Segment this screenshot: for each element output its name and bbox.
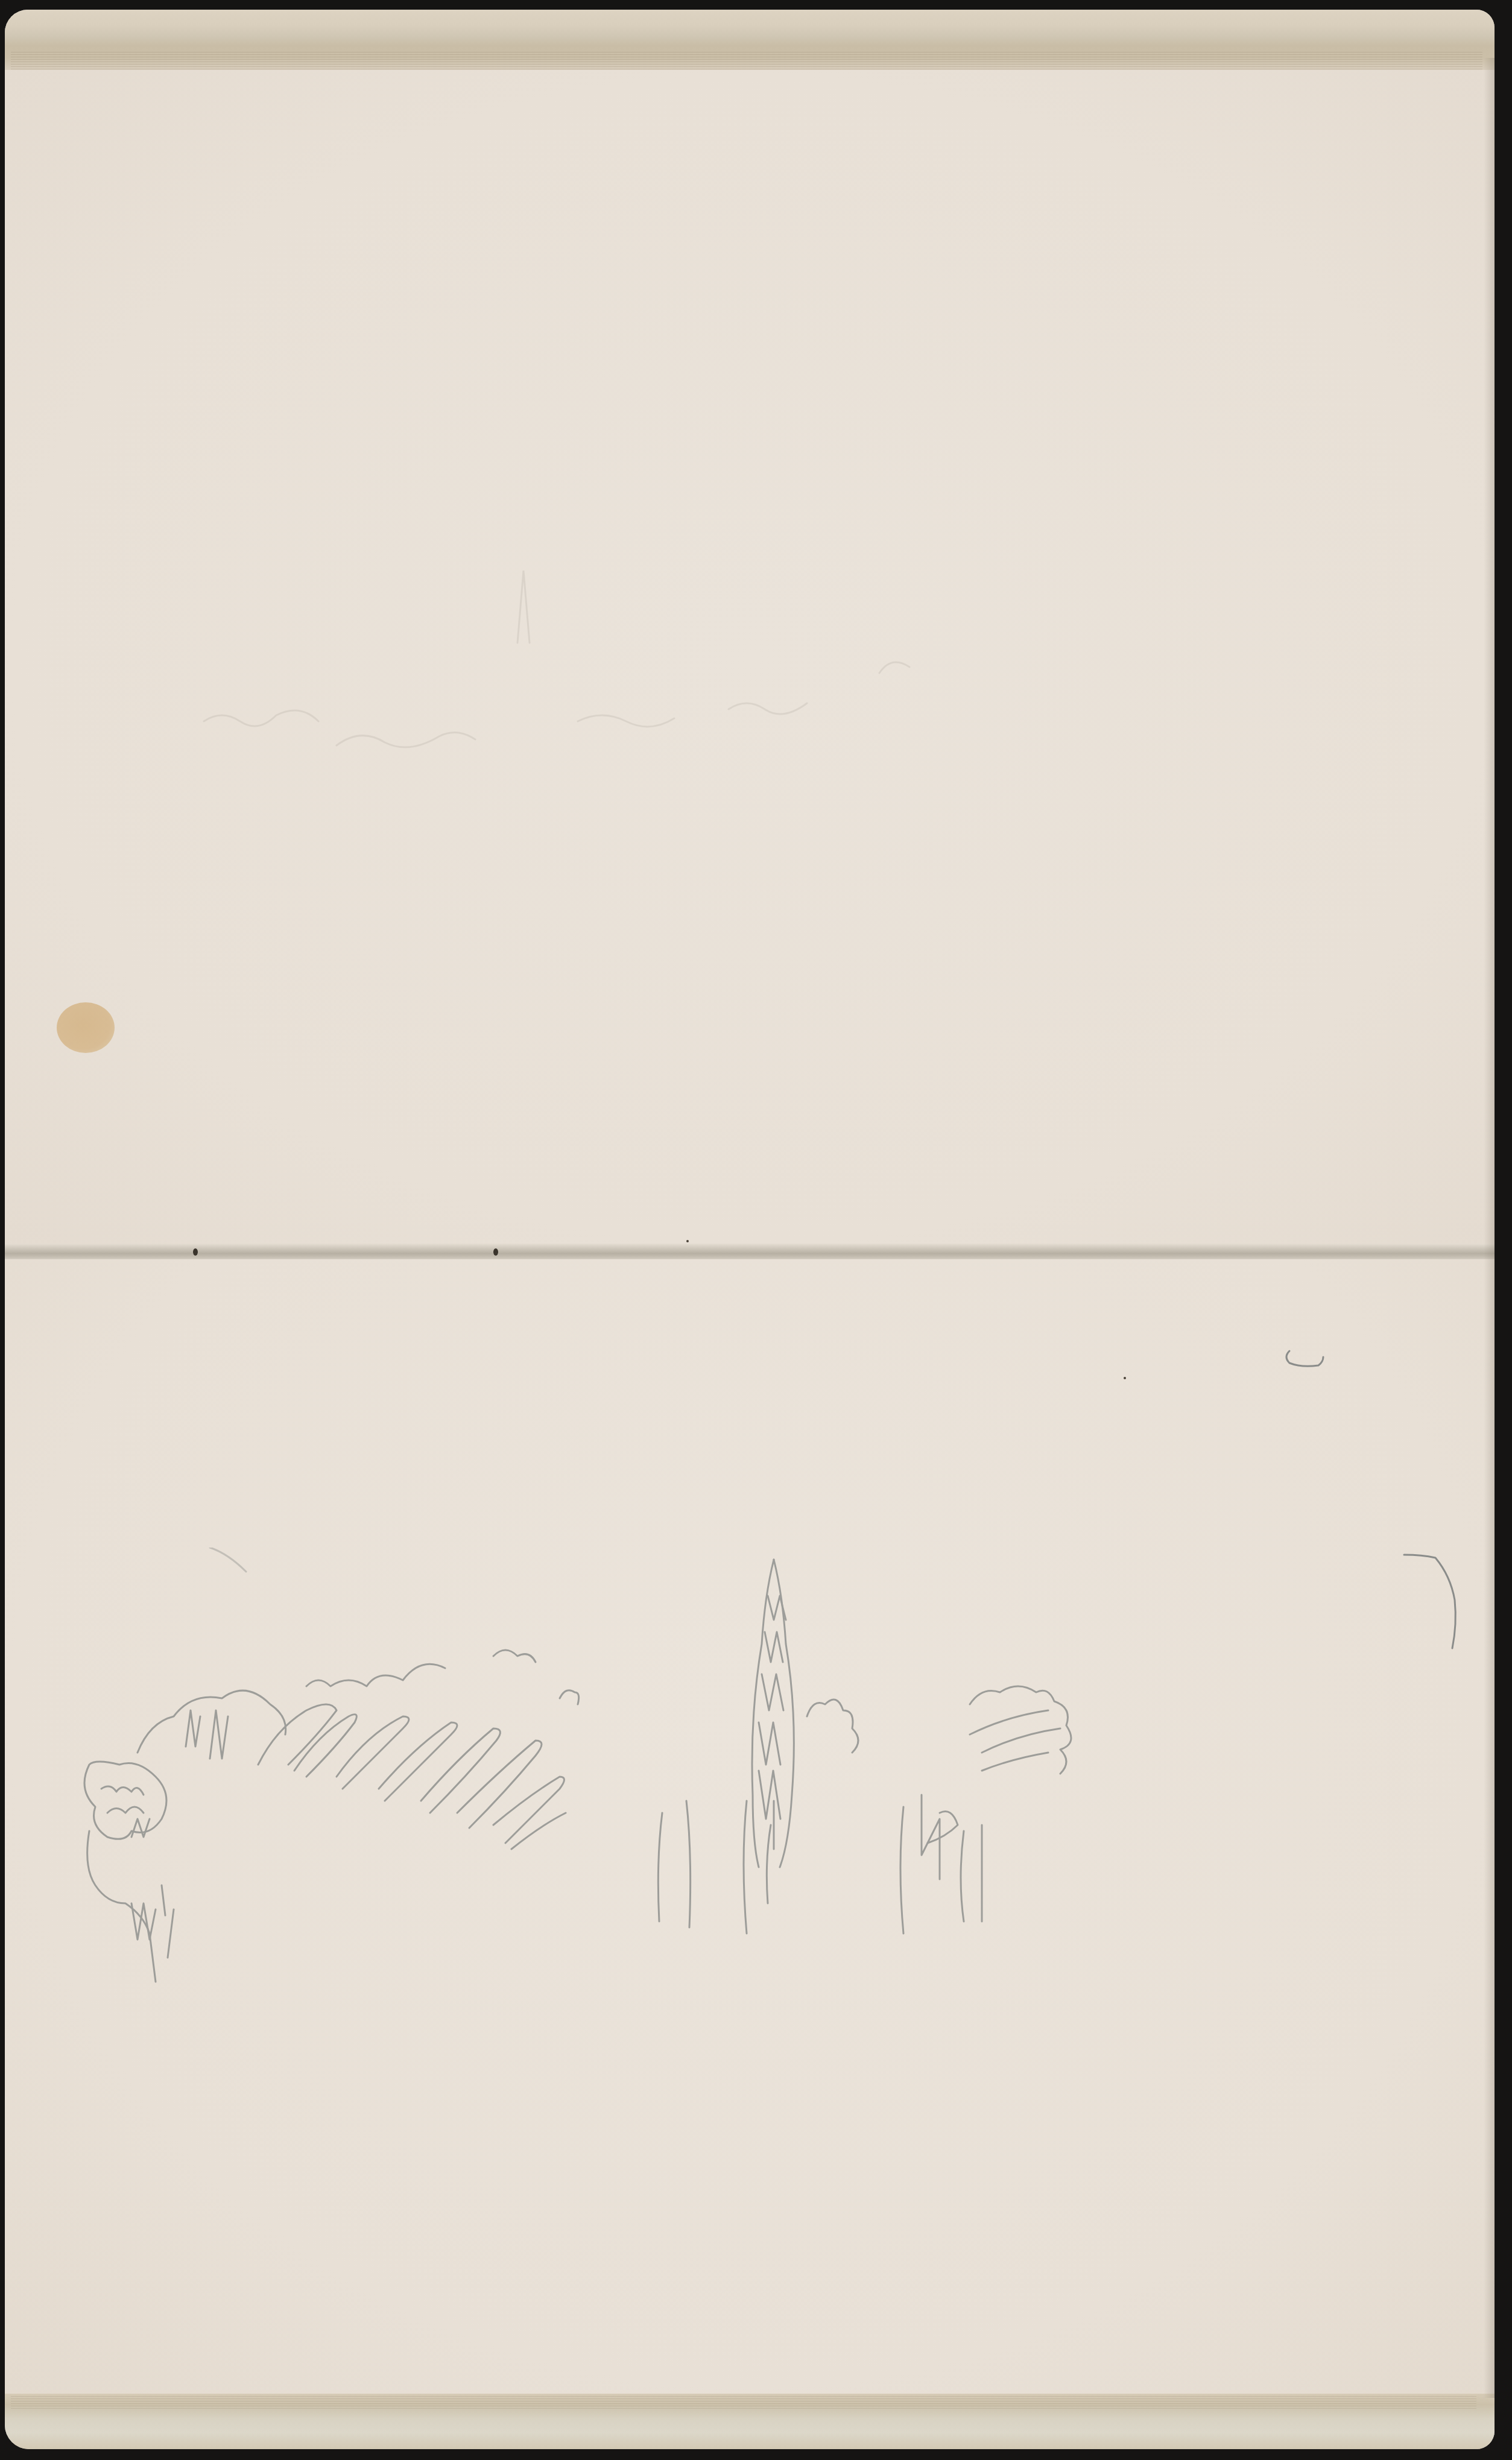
paper-speck <box>1124 1377 1126 1379</box>
show-through-ghost <box>156 492 1000 854</box>
pencil-marks-right <box>1271 1314 1495 1675</box>
bottom-page-edges <box>5 2394 1495 2449</box>
upper-page <box>5 70 1495 1249</box>
page-edge-lines <box>11 2396 1476 2411</box>
top-page-edges <box>5 10 1495 70</box>
page-edge-lines <box>11 52 1482 70</box>
binding-hole <box>493 1248 498 1256</box>
pencil-landscape-sketch <box>65 1548 1151 2060</box>
paper-speck <box>686 1240 689 1242</box>
sketchbook <box>5 10 1495 2449</box>
right-edge-shadow <box>1484 58 1495 2398</box>
binding-hole <box>193 1248 198 1256</box>
brown-stain <box>57 1002 115 1053</box>
